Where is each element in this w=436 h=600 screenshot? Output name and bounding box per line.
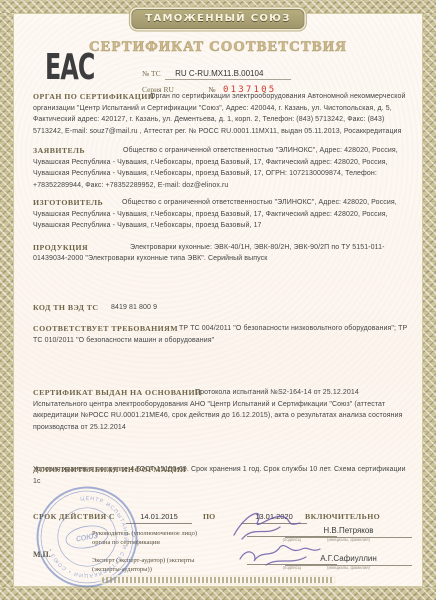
border-right [423, 13, 436, 587]
section-applicant: ЗАЯВИТЕЛЬ Общество с ограниченной ответс… [33, 145, 411, 191]
section-product: ПРОДУКЦИЯ Электроварки кухонные: ЭВК-40/… [33, 242, 411, 265]
section-label: ПРОДУКЦИЯ [33, 242, 88, 254]
printer-microtext-strip [102, 577, 334, 583]
certificate-number-label: № ТС [142, 69, 161, 78]
section-certification-body: ОРГАН ПО СЕРТИФИКАЦИИ Орган по сертифика… [33, 91, 411, 137]
section-issue-basis: СЕРТИФИКАТ ВЫДАН НА ОСНОВАНИИ Протокола … [33, 387, 411, 433]
validity-inclusive-label: ВКЛЮЧИТЕЛЬНО [305, 512, 380, 521]
section-label: ИЗГОТОВИТЕЛЬ [33, 197, 103, 209]
section-label: ОРГАН ПО СЕРТИФИКАЦИИ [33, 91, 154, 103]
section-text: Электроварки кухонные: ЭВК-40/1Н, ЭВК-80… [33, 242, 411, 265]
border-left [0, 13, 13, 587]
eac-mark-icon: EAC [45, 50, 94, 86]
certificate-page: ТАМОЖЕННЫЙ СОЮЗ EAC СЕРТИФИКАТ СООТВЕТСТ… [0, 0, 436, 600]
stamp-center-text: союз [75, 530, 99, 545]
certificate-sections: ОРГАН ПО СЕРТИФИКАЦИИ Орган по сертифика… [33, 91, 411, 487]
section-label: КОД ТН ВЭД ТС [33, 302, 99, 314]
section-label: СООТВЕТСТВУЕТ ТРЕБОВАНИЯМ [33, 323, 178, 335]
section-label: СЕРТИФИКАТ ВЫДАН НА ОСНОВАНИИ [33, 387, 201, 399]
expert-signature-ink [236, 539, 324, 573]
section-label: ДОПОЛНИТЕЛЬНАЯ ИНФОРМАЦИЯ [33, 464, 186, 476]
certificate-title: СЕРТИФИКАТ СООТВЕТСТВИЯ [0, 40, 436, 55]
validity-to-label: ПО [203, 512, 215, 521]
section-requirements: СООТВЕТСТВУЕТ ТРЕБОВАНИЯМ ТР ТС 004/2011… [33, 323, 411, 346]
customs-union-badge: ТАМОЖЕННЫЙ СОЮЗ [131, 9, 304, 29]
section-text: Общество с ограниченной ответственностью… [33, 145, 411, 191]
section-tnved-code: КОД ТН ВЭД ТС 8419 81 800 9 [33, 302, 411, 314]
section-label: ЗАЯВИТЕЛЬ [33, 145, 85, 157]
section-manufacturer: ИЗГОТОВИТЕЛЬ Общество с ограниченной отв… [33, 197, 411, 232]
